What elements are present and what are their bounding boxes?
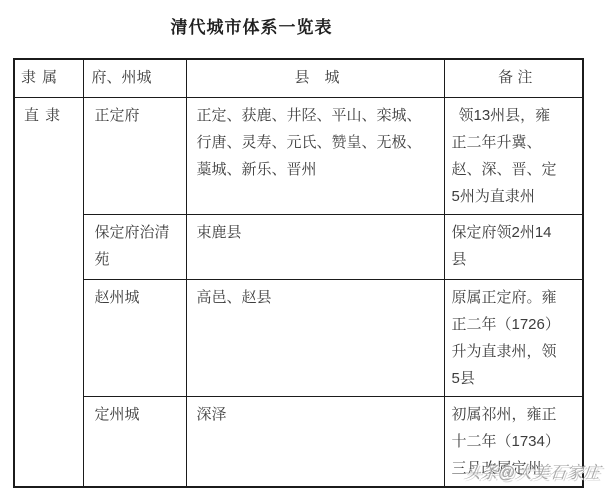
page: 清代城市体系一览表 隶 属 府、州城 县 城 备 注 直 隶 正定府 正定、获鹿… [0, 0, 610, 493]
cell-counties: 束鹿县 [186, 214, 444, 279]
table-row: 赵州城 高邑、赵县 原属正定府。雍 正二年（1726） 升为直隶州，领 5县 [14, 279, 583, 396]
cell-remark: 原属正定府。雍 正二年（1726） 升为直隶州，领 5县 [444, 279, 583, 396]
header-prefecture: 府、州城 [83, 59, 186, 97]
cell-region: 直 隶 [14, 97, 83, 487]
table-row: 保定府治清 苑 束鹿县 保定府领2州14 县 [14, 214, 583, 279]
table-row: 直 隶 正定府 正定、获鹿、井陉、平山、栾城、 行唐、灵寿、元氏、赞皇、无极、 … [14, 97, 583, 214]
cell-prefecture: 保定府治清 苑 [83, 214, 186, 279]
qing-city-table: 隶 属 府、州城 县 城 备 注 直 隶 正定府 正定、获鹿、井陉、平山、栾城、… [13, 58, 584, 488]
cell-remark: 保定府领2州14 县 [444, 214, 583, 279]
cell-counties: 正定、获鹿、井陉、平山、栾城、 行唐、灵寿、元氏、赞皇、无极、 藁城、新乐、晋州 [186, 97, 444, 214]
cell-prefecture: 正定府 [83, 97, 186, 214]
cell-counties: 高邑、赵县 [186, 279, 444, 396]
header-affiliation: 隶 属 [14, 59, 83, 97]
cell-prefecture: 定州城 [83, 396, 186, 487]
cell-prefecture: 赵州城 [83, 279, 186, 396]
header-row: 隶 属 府、州城 县 城 备 注 [14, 59, 583, 97]
cell-remark: 领13州县，雍 正二年升冀、 赵、深、晋、定 5州为直隶州 [444, 97, 583, 214]
header-remark: 备 注 [444, 59, 583, 97]
page-title: 清代城市体系一览表 [0, 13, 503, 38]
header-county: 县 城 [186, 59, 444, 97]
watermark: 头条@大美石家庄 [463, 458, 602, 483]
cell-counties: 深泽 [186, 396, 444, 487]
